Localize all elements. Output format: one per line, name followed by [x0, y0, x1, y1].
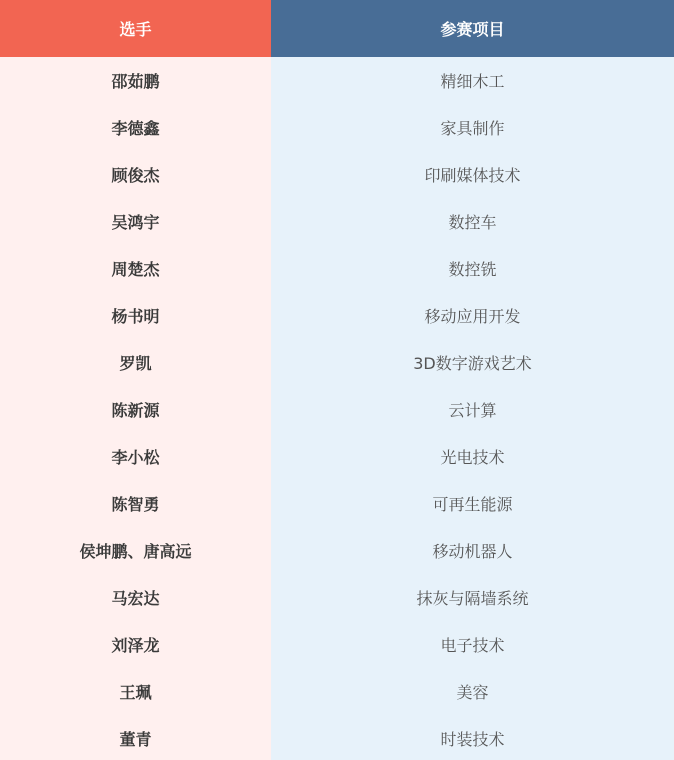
table-row: 刘泽龙电子技术	[0, 621, 674, 668]
event-cell: 电子技术	[271, 621, 674, 668]
header-event: 参赛项目	[271, 0, 674, 57]
player-cell: 陈新源	[0, 386, 271, 433]
table-row: 侯坤鹏、唐高远移动机器人	[0, 527, 674, 574]
table-header: 选手 参赛项目	[0, 0, 674, 57]
table-row: 陈智勇可再生能源	[0, 480, 674, 527]
player-cell: 周楚杰	[0, 245, 271, 292]
player-cell: 董青	[0, 715, 271, 760]
table-row: 罗凯3D数字游戏艺术	[0, 339, 674, 386]
event-cell: 抹灰与隔墙系统	[271, 574, 674, 621]
event-cell: 移动机器人	[271, 527, 674, 574]
table-row: 周楚杰数控铣	[0, 245, 674, 292]
players-events-table: 选手 参赛项目 邵茹鹏精细木工李德鑫家具制作顾俊杰印刷媒体技术吴鸿宇数控车周楚杰…	[0, 0, 674, 760]
player-cell: 李德鑫	[0, 104, 271, 151]
event-cell: 3D数字游戏艺术	[271, 339, 674, 386]
table-row: 吴鸿宇数控车	[0, 198, 674, 245]
table-row: 李小松光电技术	[0, 433, 674, 480]
table-row: 李德鑫家具制作	[0, 104, 674, 151]
event-cell: 美容	[271, 668, 674, 715]
table-row: 杨书明移动应用开发	[0, 292, 674, 339]
player-cell: 顾俊杰	[0, 151, 271, 198]
player-cell: 侯坤鹏、唐高远	[0, 527, 271, 574]
event-cell: 数控铣	[271, 245, 674, 292]
table-row: 陈新源云计算	[0, 386, 674, 433]
event-cell: 印刷媒体技术	[271, 151, 674, 198]
table-row: 王珮美容	[0, 668, 674, 715]
event-cell: 光电技术	[271, 433, 674, 480]
player-cell: 刘泽龙	[0, 621, 271, 668]
event-cell: 家具制作	[271, 104, 674, 151]
table-row: 邵茹鹏精细木工	[0, 57, 674, 104]
event-cell: 数控车	[271, 198, 674, 245]
table-row: 马宏达抹灰与隔墙系统	[0, 574, 674, 621]
event-cell: 移动应用开发	[271, 292, 674, 339]
player-cell: 王珮	[0, 668, 271, 715]
table-row: 董青时装技术	[0, 715, 674, 760]
table-row: 顾俊杰印刷媒体技术	[0, 151, 674, 198]
player-cell: 马宏达	[0, 574, 271, 621]
event-cell: 时装技术	[271, 715, 674, 760]
player-cell: 邵茹鹏	[0, 57, 271, 104]
player-cell: 杨书明	[0, 292, 271, 339]
player-cell: 罗凯	[0, 339, 271, 386]
player-cell: 陈智勇	[0, 480, 271, 527]
event-cell: 可再生能源	[271, 480, 674, 527]
player-cell: 李小松	[0, 433, 271, 480]
player-cell: 吴鸿宇	[0, 198, 271, 245]
event-cell: 云计算	[271, 386, 674, 433]
event-cell: 精细木工	[271, 57, 674, 104]
header-player: 选手	[0, 0, 271, 57]
